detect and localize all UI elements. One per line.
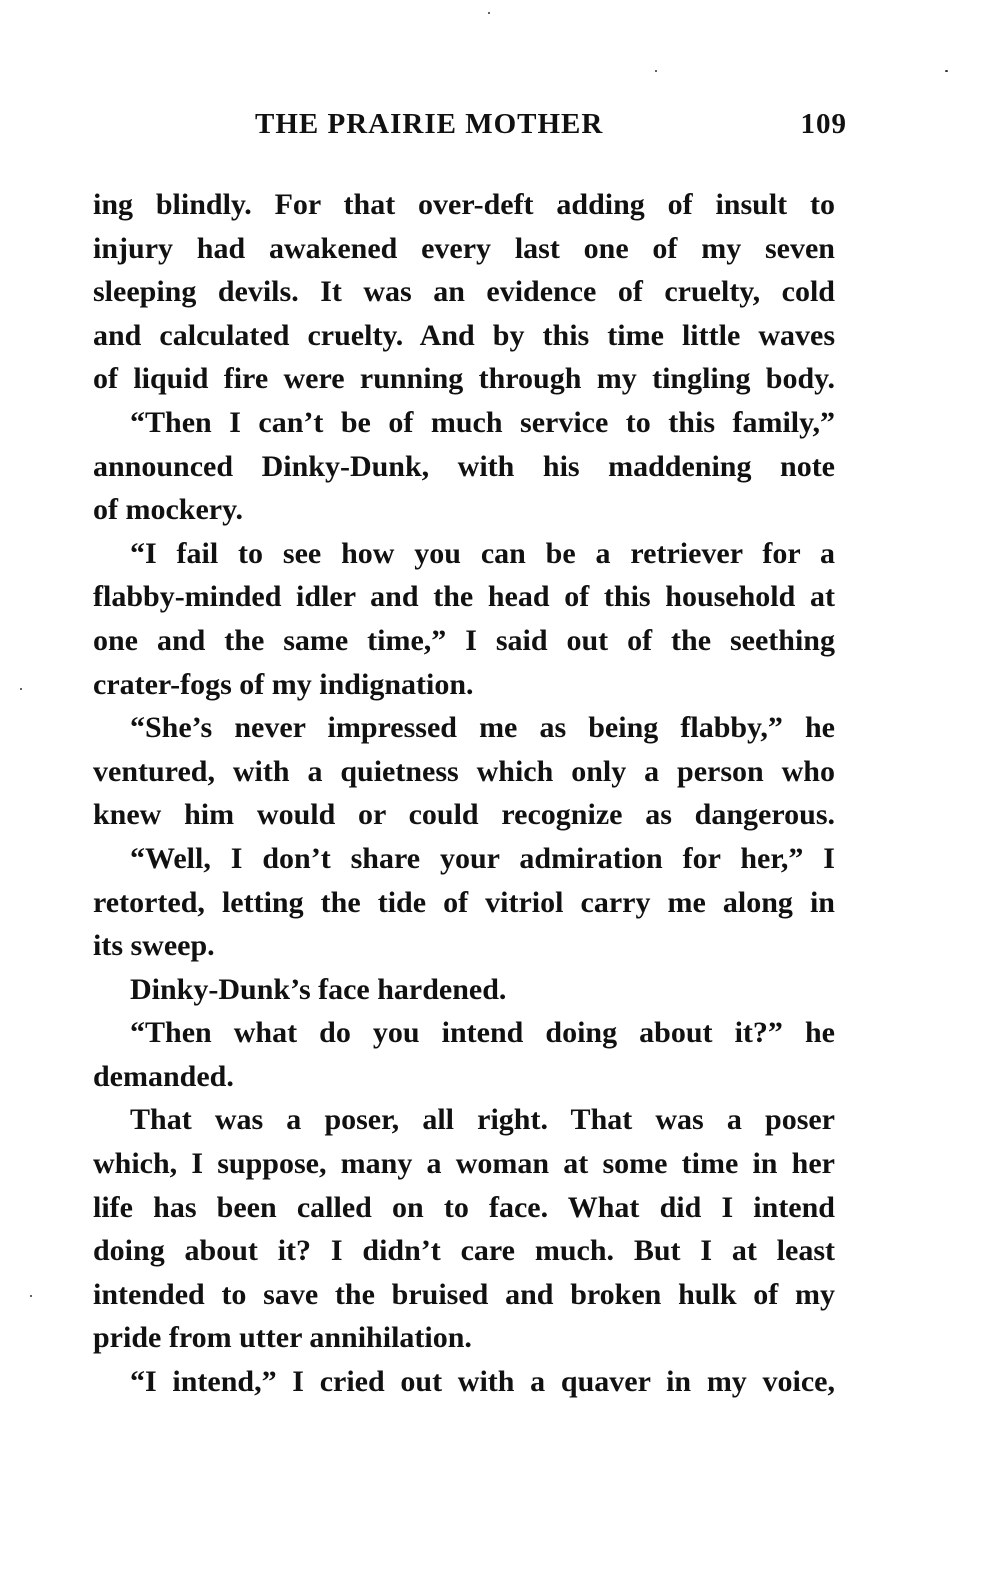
page-number: 109	[801, 108, 848, 141]
text-line: announced Dinky-Dunk, with his maddening…	[93, 445, 835, 489]
text-line: and calculated cruelty. And by this time…	[93, 314, 835, 358]
text-line: “I intend,” I cried out with a quaver in…	[93, 1360, 835, 1404]
scan-speck	[20, 688, 22, 690]
text-line: That was a poser, all right. That was a …	[93, 1098, 835, 1142]
text-line: knew him would or could recognize as dan…	[93, 793, 835, 837]
text-line: intended to save the bruised and broken …	[93, 1273, 835, 1317]
text-line: ing blindly. For that over-deft adding o…	[93, 183, 835, 227]
body-text: ing blindly. For that over-deft adding o…	[93, 183, 835, 1404]
scan-speck	[30, 1295, 32, 1297]
text-line: its sweep.	[93, 924, 835, 968]
text-line: crater-fogs of my indignation.	[93, 663, 835, 707]
text-line: injury had awakened every last one of my…	[93, 227, 835, 271]
scan-speck	[488, 12, 490, 14]
text-line: flabby-minded idler and the head of this…	[93, 575, 835, 619]
text-line: “She’s never impressed me as being flabb…	[93, 706, 835, 750]
book-page: THE PRAIRIE MOTHER 109 ing blindly. For …	[0, 0, 1000, 1573]
text-line: pride from utter annihilation.	[93, 1316, 835, 1360]
text-line: Dinky-Dunk’s face hardened.	[93, 968, 835, 1012]
text-line: which, I suppose, many a woman at some t…	[93, 1142, 835, 1186]
scan-speck	[945, 70, 948, 72]
text-line: life has been called on to face. What di…	[93, 1186, 835, 1230]
text-line: “Well, I don’t share your admiration for…	[93, 837, 835, 881]
text-line: “Then what do you intend doing about it?…	[93, 1011, 835, 1055]
running-title: THE PRAIRIE MOTHER	[255, 108, 603, 141]
text-line: sleeping devils. It was an evidence of c…	[93, 270, 835, 314]
running-head: THE PRAIRIE MOTHER 109	[255, 108, 847, 152]
text-line: of liquid fire were running through my t…	[93, 357, 835, 401]
text-line: one and the same time,” I said out of th…	[93, 619, 835, 663]
text-line: retorted, letting the tide of vitriol ca…	[93, 881, 835, 925]
text-line: demanded.	[93, 1055, 835, 1099]
scan-speck	[655, 70, 657, 72]
text-line: “I fail to see how you can be a retrieve…	[93, 532, 835, 576]
text-line: doing about it? I didn’t care much. But …	[93, 1229, 835, 1273]
text-line: of mockery.	[93, 488, 835, 532]
text-line: ventured, with a quietness which only a …	[93, 750, 835, 794]
text-line: “Then I can’t be of much service to this…	[93, 401, 835, 445]
